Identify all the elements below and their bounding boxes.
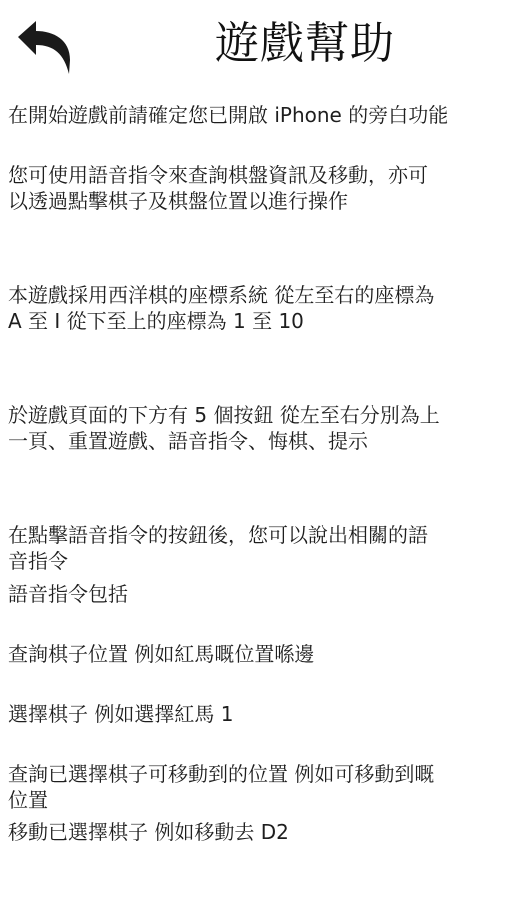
help-text-line: 選擇棋子 例如選擇紅馬 1 [8, 701, 503, 727]
help-text-line: 本遊戲採用西洋棋的座標系統 從左至右的座標為 [8, 282, 503, 308]
help-text-line: 以透過點擊棋子及棋盤位置以進行操作 [8, 188, 503, 214]
help-text-line: 位置 [8, 787, 503, 813]
help-text-line: 查詢已選擇棋子可移動到的位置 例如可移動到嘅 [8, 761, 503, 787]
nav-header: 遊戲幫助 [0, 0, 507, 90]
help-text-line: 您可使用語音指令來查詢棋盤資訊及移動，亦可 [8, 162, 503, 188]
help-text-line: 語音指令包括 [8, 581, 503, 607]
help-text-line: 於遊戲頁面的下方有 5 個按鈕 從左至右分別為上 [8, 402, 503, 428]
help-text-line: A 至 I 從下至上的座標為 1 至 10 [8, 308, 503, 334]
help-text-line: 查詢棋子位置 例如紅馬嘅位置喺邊 [8, 641, 503, 667]
help-text-line: 移動已選擇棋子 例如移動去 D2 [8, 819, 503, 845]
back-arrow-icon [14, 20, 78, 74]
help-text-line: 在點擊語音指令的按鈕後，您可以說出相關的語 [8, 522, 503, 548]
help-text-line: 一頁、重置遊戲、語音指令、悔棋、提示 [8, 428, 503, 454]
help-text-line: 音指令 [8, 548, 503, 574]
back-button[interactable] [14, 20, 78, 74]
page-title: 遊戲幫助 [190, 16, 420, 72]
help-text-line: 在開始遊戲前請確定您已開啟 iPhone 的旁白功能 [8, 102, 503, 128]
